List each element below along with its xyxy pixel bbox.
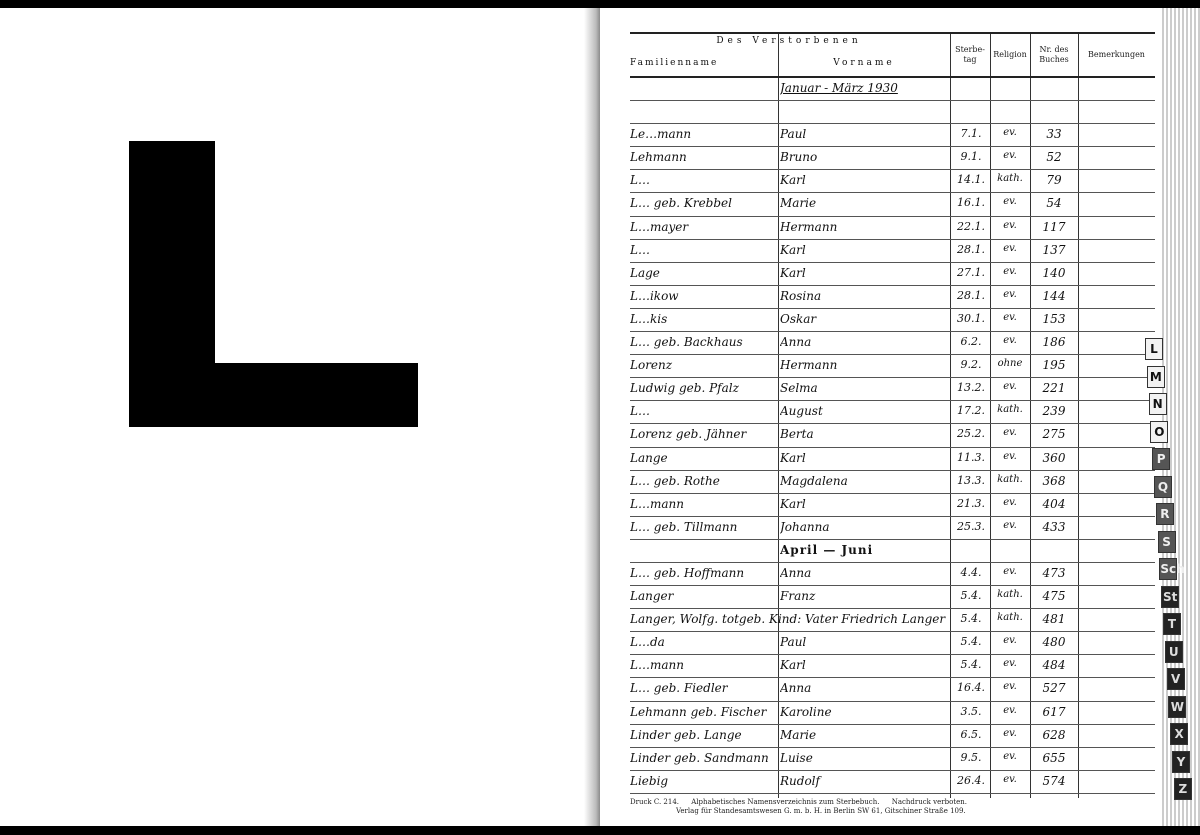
cell-familienname: L…kis (630, 312, 770, 326)
cell-religion: ev. (992, 196, 1028, 207)
divider-letter (129, 141, 418, 427)
cell-vorname: Berta (780, 427, 948, 441)
cell-familienname: Lage (630, 266, 770, 280)
index-tab-sch[interactable]: Sch (1159, 558, 1177, 580)
index-tab-z[interactable]: Z (1174, 778, 1192, 800)
cell-religion: ev. (992, 728, 1028, 739)
cell-sterbetag: 7.1. (954, 127, 988, 140)
period-heading-row: Januar - März 1930 (630, 78, 1155, 101)
cell-religion: ev. (992, 335, 1028, 346)
cell-sterbetag: 16.4. (954, 681, 988, 694)
cell-religion: kath. (992, 173, 1028, 184)
cell-familienname: Linder geb. Lange (630, 728, 770, 742)
table-row: L… geb. FiedlerAnna16.4.ev.527 (630, 678, 1155, 701)
index-tab-strip: LMNOPQRSSchStTUVWXYZ (1160, 8, 1200, 826)
cell-sterbetag: 5.4. (954, 612, 988, 625)
death-register-index: Des Verstorbenen Familienname Vorname St… (630, 32, 1155, 794)
cell-sterbetag: 5.4. (954, 589, 988, 602)
cell-sterbetag: 9.5. (954, 751, 988, 764)
cell-sterbetag: 17.2. (954, 404, 988, 417)
header-bemerkungen: Bemerkungen (1078, 34, 1155, 76)
cell-vorname: Hermann (780, 220, 948, 234)
cell-sterbetag: 3.5. (954, 705, 988, 718)
cell-nr-des-buches: 655 (1032, 751, 1076, 765)
cell-religion: ev. (992, 381, 1028, 392)
cell-sterbetag: 4.4. (954, 566, 988, 579)
publisher-line: Verlag für Standesamtswesen G. m. b. H. … (630, 807, 1160, 816)
cell-familienname: L… (630, 243, 770, 257)
header-religion: Religion (990, 34, 1030, 76)
table-row: LehmannBruno9.1.ev.52 (630, 147, 1155, 170)
cell-familienname: Linder geb. Sandmann (630, 751, 770, 765)
cell-nr-des-buches: 368 (1032, 474, 1076, 488)
index-tab-s[interactable]: S (1158, 531, 1176, 553)
cell-sterbetag: 28.1. (954, 243, 988, 256)
cell-nr-des-buches: 52 (1032, 150, 1076, 164)
cell-sterbetag: 16.1. (954, 196, 988, 209)
reprint-notice: Nachdruck verboten. (892, 798, 967, 806)
index-tab-y[interactable]: Y (1172, 751, 1190, 773)
index-tab-l[interactable]: L (1145, 338, 1163, 360)
cell-vorname: Marie (780, 196, 948, 210)
cell-familienname: Lehmann (630, 150, 770, 164)
cell-religion: kath. (992, 589, 1028, 600)
cell-sterbetag: 14.1. (954, 173, 988, 186)
index-tab-o[interactable]: O (1150, 421, 1168, 443)
cell-familienname: Ludwig geb. Pfalz (630, 381, 770, 395)
cell-sterbetag: 6.5. (954, 728, 988, 741)
table-row: Linder geb. LangeMarie6.5.ev.628 (630, 725, 1155, 748)
cell-vorname: August (780, 404, 948, 418)
cell-sterbetag: 25.2. (954, 427, 988, 440)
cell-religion: ev. (992, 451, 1028, 462)
header-nr-des-buches: Nr. des Buches (1030, 34, 1078, 76)
register-rows: Januar - März 1930Le…mannPaul7.1.ev.33Le… (630, 78, 1155, 794)
cell-familienname: L… geb. Tillmann (630, 520, 770, 534)
cell-vorname: April — Juni (780, 543, 948, 557)
table-row: LageKarl27.1.ev.140 (630, 263, 1155, 286)
index-tab-w[interactable]: W (1168, 696, 1186, 718)
cell-nr-des-buches: 144 (1032, 289, 1076, 303)
cell-vorname: Karl (780, 451, 948, 465)
cell-nr-des-buches: 433 (1032, 520, 1076, 534)
index-tab-p[interactable]: P (1152, 448, 1170, 470)
cell-religion: ev. (992, 520, 1028, 531)
table-row: L… geb. RotheMagdalena13.3.kath.368 (630, 471, 1155, 494)
cell-sterbetag: 27.1. (954, 266, 988, 279)
cell-nr-des-buches: 33 (1032, 127, 1076, 141)
table-row: LorenzHermann9.2.ohne195 (630, 355, 1155, 378)
cell-religion: ohne (992, 358, 1028, 369)
cell-familienname: L…ikow (630, 289, 770, 303)
period-heading-row: April — Juni (630, 540, 1155, 563)
cell-familienname: L… geb. Rothe (630, 474, 770, 488)
table-row: Linder geb. SandmannLuise9.5.ev.655 (630, 748, 1155, 771)
cell-nr-des-buches: 480 (1032, 635, 1076, 649)
cell-religion: kath. (992, 404, 1028, 415)
cell-nr-des-buches: 195 (1032, 358, 1076, 372)
cell-familienname: L… geb. Fiedler (630, 681, 770, 695)
cell-vorname: Selma (780, 381, 948, 395)
cell-religion: ev. (992, 266, 1028, 277)
cell-sterbetag: 26.4. (954, 774, 988, 787)
table-row: LangerFranz5.4.kath.475 (630, 586, 1155, 609)
cell-vorname: Rosina (780, 289, 948, 303)
cell-familienname: L…da (630, 635, 770, 649)
cell-nr-des-buches: 481 (1032, 612, 1076, 626)
cell-vorname: Karl (780, 173, 948, 187)
table-row: L… geb. TillmannJohanna25.3.ev.433 (630, 517, 1155, 540)
cell-religion: ev. (992, 658, 1028, 669)
cell-sterbetag: 13.3. (954, 474, 988, 487)
cell-religion: ev. (992, 243, 1028, 254)
cell-vorname: Anna (780, 566, 948, 580)
cell-vorname: Magdalena (780, 474, 948, 488)
cell-religion: kath. (992, 612, 1028, 623)
cell-religion: ev. (992, 127, 1028, 138)
cell-sterbetag: 5.4. (954, 658, 988, 671)
cell-nr-des-buches: 275 (1032, 427, 1076, 441)
cell-religion: ev. (992, 497, 1028, 508)
cell-nr-des-buches: 475 (1032, 589, 1076, 603)
cell-sterbetag: 30.1. (954, 312, 988, 325)
table-row: L…daPaul5.4.ev.480 (630, 632, 1155, 655)
cell-vorname: Franz (780, 589, 948, 603)
cell-sterbetag: 13.2. (954, 381, 988, 394)
cell-nr-des-buches: 137 (1032, 243, 1076, 257)
cell-sterbetag: 9.2. (954, 358, 988, 371)
header-familienname: Familienname (630, 58, 760, 68)
cell-sterbetag: 22.1. (954, 220, 988, 233)
cell-nr-des-buches: 117 (1032, 220, 1076, 234)
cell-vorname: Karl (780, 497, 948, 511)
cell-nr-des-buches: 79 (1032, 173, 1076, 187)
cell-nr-des-buches: 239 (1032, 404, 1076, 418)
cell-religion: ev. (992, 751, 1028, 762)
index-tab-m[interactable]: M (1147, 366, 1165, 388)
cell-religion: ev. (992, 150, 1028, 161)
header-sterbetag: Sterbe- tag (950, 34, 990, 76)
cell-nr-des-buches: 140 (1032, 266, 1076, 280)
table-row: L…kisOskar30.1.ev.153 (630, 309, 1155, 332)
cell-familienname: L… geb. Backhaus (630, 335, 770, 349)
table-row: Lorenz geb. JähnerBerta25.2.ev.275 (630, 424, 1155, 447)
table-row: L…Karl14.1.kath.79 (630, 170, 1155, 193)
table-row: L… geb. KrebbelMarie16.1.ev.54 (630, 193, 1155, 216)
header-group-title: Des Verstorbenen (630, 36, 948, 46)
cell-vorname: Januar - März 1930 (780, 81, 948, 95)
scan-bottom-edge (0, 826, 1200, 835)
table-row: L… geb. BackhausAnna6.2.ev.186 (630, 332, 1155, 355)
table-row: Le…mannPaul7.1.ev.33 (630, 124, 1155, 147)
cell-familienname: Lehmann geb. Fischer (630, 705, 770, 719)
cell-familienname: L… geb. Krebbel (630, 196, 770, 210)
table-row: L…August17.2.kath.239 (630, 401, 1155, 424)
cell-religion: ev. (992, 681, 1028, 692)
cell-nr-des-buches: 617 (1032, 705, 1076, 719)
index-tab-t[interactable]: T (1163, 613, 1181, 635)
cell-religion: ev. (992, 705, 1028, 716)
form-number: Druck C. 214. (630, 798, 679, 806)
table-row: L…mayerHermann22.1.ev.117 (630, 217, 1155, 240)
cell-vorname: Anna (780, 335, 948, 349)
cell-nr-des-buches: 628 (1032, 728, 1076, 742)
cell-sterbetag: 28.1. (954, 289, 988, 302)
cell-nr-des-buches: 574 (1032, 774, 1076, 788)
index-divider-page (10, 8, 602, 826)
cell-religion: ev. (992, 312, 1028, 323)
register-header: Des Verstorbenen Familienname Vorname St… (630, 32, 1155, 78)
cell-nr-des-buches: 54 (1032, 196, 1076, 210)
form-title: Alphabetisches Namensverzeichnis zum Ste… (691, 798, 879, 806)
cell-nr-des-buches: 404 (1032, 497, 1076, 511)
table-row: Lehmann geb. FischerKaroline3.5.ev.617 (630, 702, 1155, 725)
register-page: Des Verstorbenen Familienname Vorname St… (600, 8, 1160, 826)
index-tab-r[interactable]: R (1156, 503, 1174, 525)
cell-familienname: Le…mann (630, 127, 770, 141)
table-row: LangeKarl11.3.ev.360 (630, 448, 1155, 471)
table-row: L…mannKarl21.3.ev.404 (630, 494, 1155, 517)
cell-sterbetag: 25.3. (954, 520, 988, 533)
cell-sterbetag: 21.3. (954, 497, 988, 510)
cell-vorname: Karl (780, 243, 948, 257)
index-tab-q[interactable]: Q (1154, 476, 1172, 498)
cell-familienname: Langer (630, 589, 770, 603)
cell-familienname: L… (630, 404, 770, 418)
cell-vorname: Marie (780, 728, 948, 742)
index-tab-st[interactable]: St (1161, 586, 1179, 608)
header-vorname: Vorname (780, 58, 948, 68)
cell-familienname: L…mayer (630, 220, 770, 234)
cell-familienname: L…mann (630, 658, 770, 672)
cell-nr-des-buches: 484 (1032, 658, 1076, 672)
cell-familienname: Lorenz geb. Jähner (630, 427, 770, 441)
scan-top-edge (0, 0, 1200, 8)
cell-familienname: Langer, Wolfg. totgeb. Kind: Vater Fried… (630, 612, 948, 626)
cell-familienname: Lange (630, 451, 770, 465)
cell-nr-des-buches: 360 (1032, 451, 1076, 465)
cell-vorname: Hermann (780, 358, 948, 372)
index-tab-n[interactable]: N (1149, 393, 1167, 415)
table-row: LiebigRudolf26.4.ev.574 (630, 771, 1155, 794)
cell-vorname: Johanna (780, 520, 948, 534)
cell-vorname: Luise (780, 751, 948, 765)
cell-vorname: Karl (780, 266, 948, 280)
table-row: L…mannKarl5.4.ev.484 (630, 655, 1155, 678)
cell-vorname: Anna (780, 681, 948, 695)
cell-vorname: Karl (780, 658, 948, 672)
cell-religion: kath. (992, 474, 1028, 485)
blank-row (630, 101, 1155, 124)
cell-familienname: L…mann (630, 497, 770, 511)
cell-religion: ev. (992, 427, 1028, 438)
cell-vorname: Rudolf (780, 774, 948, 788)
cell-familienname: Liebig (630, 774, 770, 788)
cell-sterbetag: 6.2. (954, 335, 988, 348)
cell-nr-des-buches: 527 (1032, 681, 1076, 695)
cell-sterbetag: 9.1. (954, 150, 988, 163)
cell-religion: ev. (992, 566, 1028, 577)
cell-familienname: L… (630, 173, 770, 187)
cell-religion: ev. (992, 220, 1028, 231)
table-row: L… geb. HoffmannAnna4.4.ev.473 (630, 563, 1155, 586)
cell-vorname: Paul (780, 635, 948, 649)
cell-sterbetag: 5.4. (954, 635, 988, 648)
cell-sterbetag: 11.3. (954, 451, 988, 464)
form-footer: Druck C. 214. Alphabetisches Namensverze… (630, 798, 1160, 816)
table-row: L…ikowRosina28.1.ev.144 (630, 286, 1155, 309)
cell-vorname: Bruno (780, 150, 948, 164)
cell-nr-des-buches: 473 (1032, 566, 1076, 580)
index-tab-v[interactable]: V (1167, 668, 1185, 690)
table-row: L…Karl28.1.ev.137 (630, 240, 1155, 263)
cell-nr-des-buches: 221 (1032, 381, 1076, 395)
index-tab-x[interactable]: X (1170, 723, 1188, 745)
cell-religion: ev. (992, 635, 1028, 646)
table-row: Langer, Wolfg. totgeb. Kind: Vater Fried… (630, 609, 1155, 632)
cell-vorname: Oskar (780, 312, 948, 326)
index-tab-u[interactable]: U (1165, 641, 1183, 663)
cell-familienname: Lorenz (630, 358, 770, 372)
cell-vorname: Karoline (780, 705, 948, 719)
cell-vorname: Paul (780, 127, 948, 141)
cell-religion: ev. (992, 774, 1028, 785)
cell-religion: ev. (992, 289, 1028, 300)
cell-nr-des-buches: 186 (1032, 335, 1076, 349)
table-row: Ludwig geb. PfalzSelma13.2.ev.221 (630, 378, 1155, 401)
cell-familienname: L… geb. Hoffmann (630, 566, 770, 580)
cell-nr-des-buches: 153 (1032, 312, 1076, 326)
